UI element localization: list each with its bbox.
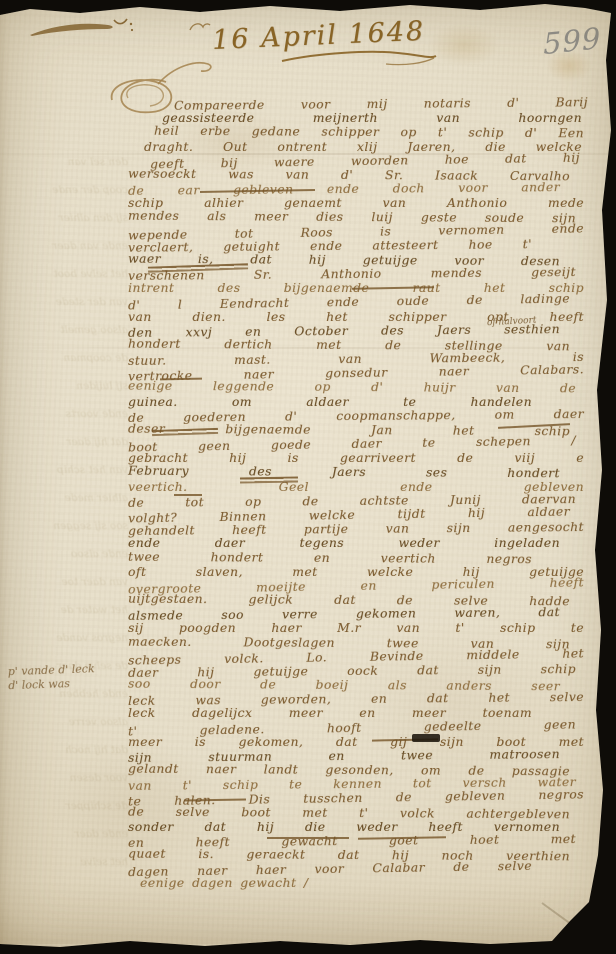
corner-fold-crease xyxy=(541,902,613,954)
bleed-line: van het schip xyxy=(2,456,128,484)
bleed-line: het selve boot xyxy=(2,260,128,288)
ink-swoosh-flourish xyxy=(28,16,218,56)
bleed-line: alsoo gemelt xyxy=(2,316,128,344)
bleed-line: voor desen xyxy=(2,764,128,792)
bleed-line: ende van daer xyxy=(2,232,128,260)
body-text: Compareerde voor mij notaris d' Barijgea… xyxy=(128,97,598,891)
bleed-line: dat hij daer xyxy=(2,428,128,456)
bleed-line: sij luijden xyxy=(2,372,128,400)
bleed-line: ende daer xyxy=(2,820,128,848)
body-line: ende daer tegens weder ingeladen xyxy=(128,536,560,550)
body-line: heil erbe gedane schipper op t' schip d'… xyxy=(154,124,584,141)
bleed-line: dat hij noch xyxy=(2,736,128,764)
bleed-line: het water de xyxy=(2,596,128,624)
bleed-line: van der stede xyxy=(2,288,128,316)
bleed-line: soo sij seggen xyxy=(2,512,128,540)
body-line: eenige leggende op d' huijr van de xyxy=(128,379,576,396)
body-line: February des Jaers ses hondert xyxy=(128,464,560,481)
bleed-line: den sel van xyxy=(2,148,128,176)
body-line: guinea. om aldaer te handelen xyxy=(128,395,532,409)
body-line: eenige dagen gewacht / xyxy=(140,876,440,890)
bleed-line: ende voorts xyxy=(2,400,128,428)
bleed-line: coop der ende xyxy=(2,176,128,204)
bleed-line: sij den alhier xyxy=(2,204,128,232)
margin-note: p' vande d' leck d' lock was xyxy=(8,661,137,692)
bleed-line: de schipper xyxy=(2,792,128,820)
photo-background: { "header": { "date": "16 April 1648", "… xyxy=(0,0,616,954)
bleed-line: alhier mede xyxy=(2,484,128,512)
page-date: 16 April 1648 xyxy=(211,15,442,56)
bleed-through-text: den sel vancoop der endesij den alhieren… xyxy=(2,148,128,876)
bleed-line: alsoo verre xyxy=(2,708,128,736)
bleed-line: negros vande xyxy=(2,624,128,652)
page-number: 599 xyxy=(543,21,602,61)
bleed-line: ende alsoo xyxy=(2,540,128,568)
body-line: twee hondert en veertich negros xyxy=(128,549,532,566)
manuscript-page: 16 April 1648 599 den sel vancoop der en… xyxy=(0,0,616,954)
body-line: de selve boot met t' volck achtergebleve… xyxy=(128,804,570,821)
bleed-line: het selve xyxy=(2,848,128,876)
body-line: sij poogden haer M.r van t' schip te xyxy=(128,621,584,635)
bleed-line: van daer toe xyxy=(2,568,128,596)
bleed-line: de coopman xyxy=(2,344,128,372)
